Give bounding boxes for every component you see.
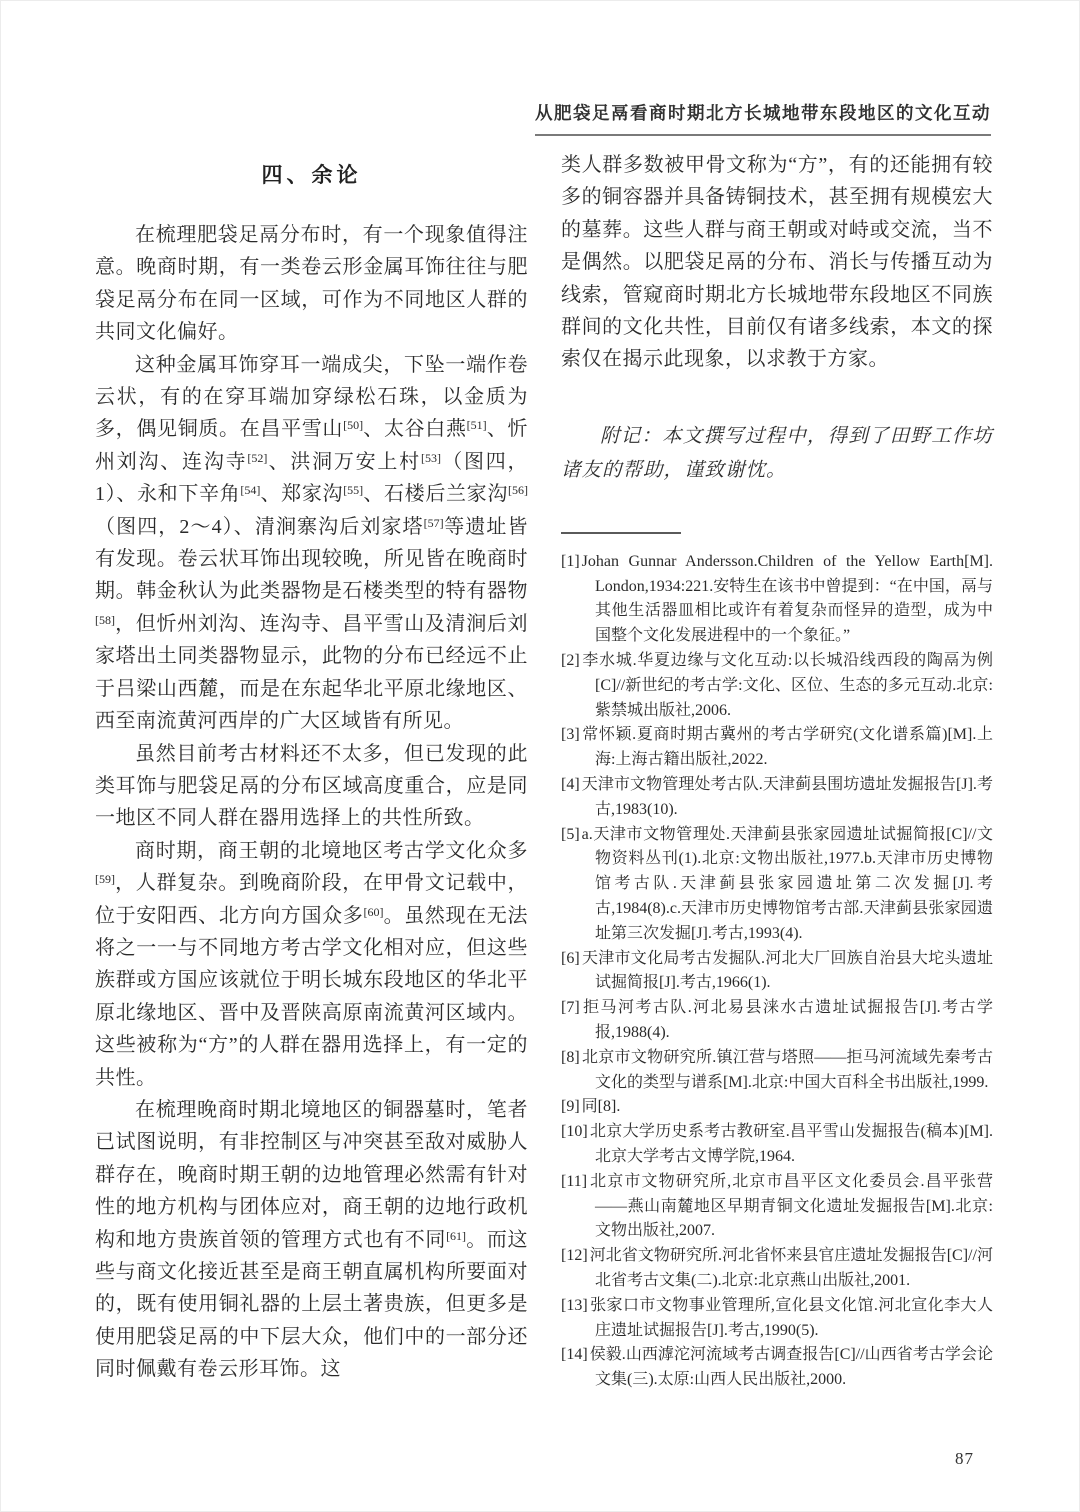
body-paragraph: 在梳理晚商时期北境地区的铜器墓时，笔者已试图说明，有非控制区与冲突甚至敌对威胁人… xyxy=(95,1094,528,1386)
footnote: [4]天津市文物管理处考古队.天津蓟县围坊遗址发掘报告[J].考古,1983(1… xyxy=(561,773,993,823)
footnote-label: [3] xyxy=(561,726,582,743)
footnote: [13]张家口市文物事业管理所,宣化县文化馆.河北宣化李大人庄遗址试掘报告[J]… xyxy=(561,1294,993,1344)
footnote: [10]北京大学历史系考古教研室.昌平雪山发掘报告(稿本)[M].北京大学考古文… xyxy=(561,1120,993,1170)
footnote: [14]侯毅.山西滹沱河流域考古调查报告[C]//山西省考古学会论文集(三).太… xyxy=(561,1343,993,1393)
footnote-label: [8] xyxy=(561,1049,582,1066)
page-number: 87 xyxy=(955,1449,974,1469)
left-column: 四、余论 在梳理肥袋足鬲分布时，有一个现象值得注意。晚商时期，有一类卷云形金属耳… xyxy=(95,159,528,1386)
footnote-label: [10] xyxy=(561,1123,590,1140)
footnote-label: [4] xyxy=(561,776,582,793)
right-column: 类人群多数被甲骨文称为“方”，有的还能拥有较多的铜容器并具备铸铜技术，甚至拥有规… xyxy=(561,149,993,1393)
footnote-label: [2] xyxy=(561,652,582,669)
footnote: [12]河北省文物研究所.河北省怀来县官庄遗址发掘报告[C]//河北省考古文集(… xyxy=(561,1244,993,1294)
acknowledgement-note: 附记：本文撰写过程中，得到了田野工作坊诸友的帮助，谨致谢忱。 xyxy=(561,420,993,488)
footnote-label: [6] xyxy=(561,950,582,967)
body-paragraph: 商时期，商王朝的北境地区考古学文化众多[59]，人群复杂。到晚商阶段，在甲骨文记… xyxy=(95,835,528,1094)
footnote: [5]a.天津市文物管理处.天津蓟县张家园遗址试掘简报[C]//文物资料丛刊(1… xyxy=(561,823,993,947)
footnote-label: [7] xyxy=(561,999,582,1016)
body-paragraph: 在梳理肥袋足鬲分布时，有一个现象值得注意。晚商时期，有一类卷云形金属耳饰往往与肥… xyxy=(95,219,528,349)
left-column-paragraphs: 在梳理肥袋足鬲分布时，有一个现象值得注意。晚商时期，有一类卷云形金属耳饰往往与肥… xyxy=(95,219,528,1386)
footnote: [6]天津市文化局考古发掘队.河北大厂回族自治县大坨头遗址试掘简报[J].考古,… xyxy=(561,947,993,997)
footnote: [8]北京市文物研究所.镇江营与塔照——拒马河流域先秦考古文化的类型与谱系[M]… xyxy=(561,1046,993,1096)
footnote: [1]Johan Gunnar Andersson.Children of th… xyxy=(561,550,993,649)
footnote-label: [12] xyxy=(561,1247,590,1264)
body-paragraph: 这种金属耳饰穿耳一端成尖，下坠一端作卷云状，有的在穿耳端加穿绿松石珠，以金质为多… xyxy=(95,349,528,738)
continuation-paragraph: 类人群多数被甲骨文称为“方”，有的还能拥有较多的铜容器并具备铸铜技术，甚至拥有规… xyxy=(561,149,993,376)
footnote-label: [11] xyxy=(561,1173,589,1190)
running-title: 从肥袋足鬲看商时期北方长城地带东段地区的文化互动 xyxy=(535,100,991,136)
footnote: [3]常怀颖.夏商时期古冀州的考古学研究(文化谱系篇)[M].上海:上海古籍出版… xyxy=(561,723,993,773)
footnote-label: [14] xyxy=(561,1346,590,1363)
footnote-label: [5] xyxy=(561,826,582,843)
footnote-divider xyxy=(561,532,681,534)
footnote-label: [13] xyxy=(561,1297,590,1314)
body-paragraph: 虽然目前考古材料还不太多，但已发现的此类耳饰与肥袋足鬲的分布区域高度重合，应是同… xyxy=(95,738,528,835)
section-title: 四、余论 xyxy=(95,159,528,189)
footnotes-list: [1]Johan Gunnar Andersson.Children of th… xyxy=(561,550,993,1393)
footnote: [9]同[8]. xyxy=(561,1095,993,1120)
footnote: [11]北京市文物研究所,北京市昌平区文化委员会.昌平张营——燕山南麓地区早期青… xyxy=(561,1170,993,1244)
footnote-label: [9] xyxy=(561,1098,582,1115)
scanned-paper-page: 从肥袋足鬲看商时期北方长城地带东段地区的文化互动 四、余论 在梳理肥袋足鬲分布时… xyxy=(0,0,1080,1512)
footnote-label: [1] xyxy=(561,553,582,570)
footnote: [7]拒马河考古队.河北易县涞水古遗址试掘报告[J].考古学报,1988(4). xyxy=(561,996,993,1046)
footnote: [2]李水城.华夏边缘与文化互动:以长城沿线西段的陶鬲为例[C]//新世纪的考古… xyxy=(561,649,993,723)
